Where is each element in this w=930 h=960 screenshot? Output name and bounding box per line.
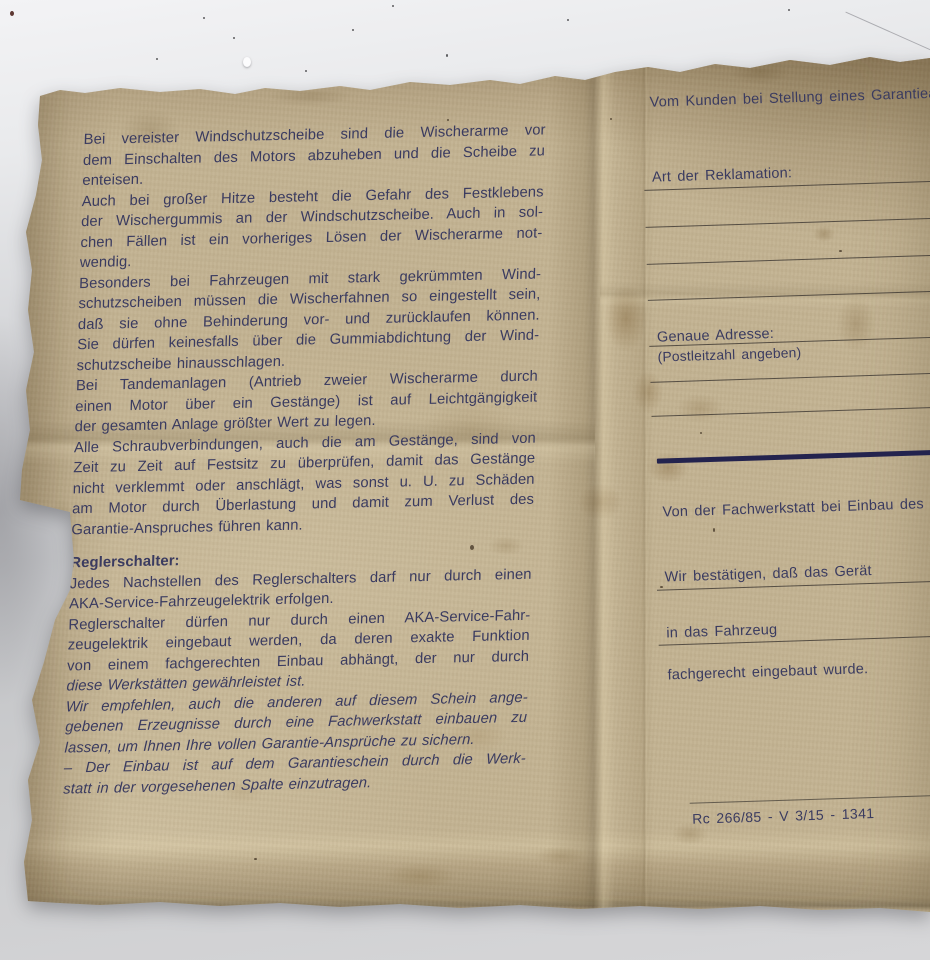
- paper-speck: [64, 575, 67, 578]
- form-ruled-line: [646, 217, 930, 227]
- adresse-note: (Postleitzahl angeben): [657, 345, 801, 365]
- form-section1-header: Vom Kunden bei Stellung eines Garantiear: [649, 86, 930, 111]
- form-ruled-line: [647, 254, 930, 264]
- document-paper: Bei vereister Windschutzscheibe sind die…: [0, 0, 930, 960]
- section-divider-bar: [657, 449, 930, 463]
- confirm-note: fachgerecht eingebaut wurde.: [667, 661, 868, 683]
- instructions-column: Bei vereister Windschutzscheibe sind die…: [63, 120, 546, 799]
- paper-speck: [254, 858, 257, 860]
- print-code: Rc 266/85 - V 3/15 - 1341: [692, 805, 875, 827]
- paper-shadow-wrap: Bei vereister Windschutzscheibe sind die…: [0, 0, 930, 960]
- confirm-vehicle-row: in das Fahrzeug: [666, 622, 777, 641]
- paper-speck: [610, 118, 612, 120]
- form-ruled-line: [650, 372, 930, 382]
- photo-background: Bei vereister Windschutzscheibe sind die…: [0, 0, 930, 960]
- form-section2-header: Von der Fachwerkstatt bei Einbau des Ge: [662, 495, 930, 520]
- footer-line: [690, 794, 930, 804]
- confirm-device-row: Wir bestätigen, daß das Gerät: [664, 563, 872, 586]
- form-ruled-line: [651, 406, 930, 416]
- form-ruled-line: [648, 290, 930, 300]
- form-column: Vom Kunden bei Stellung eines Garantiear…: [640, 41, 930, 920]
- reklamation-label: Art der Reklamation:: [652, 165, 793, 185]
- paper-speck: [447, 119, 449, 121]
